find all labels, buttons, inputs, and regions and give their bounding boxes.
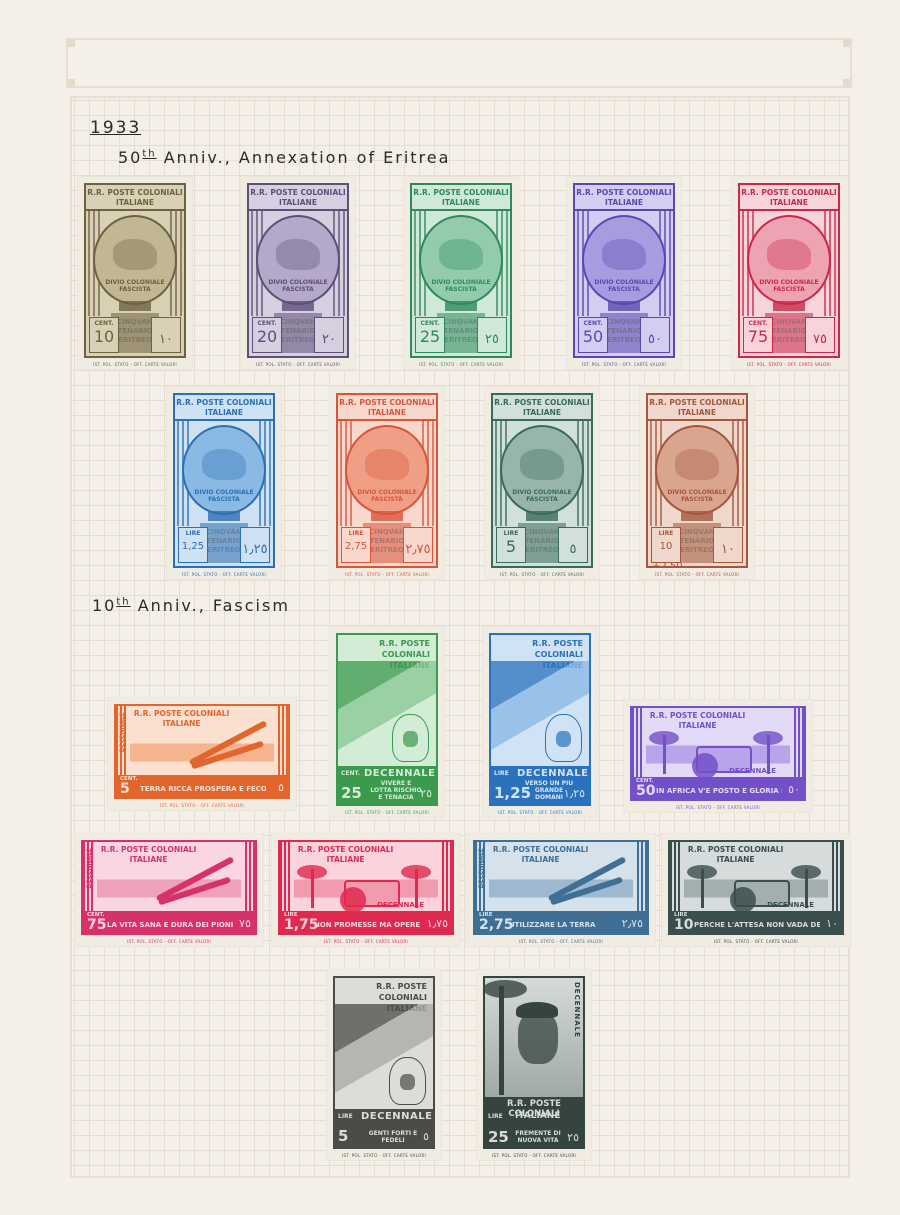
value-bar: LIREDECENNALE5GENTI FORTI E FEDELI٥ bbox=[335, 1109, 433, 1147]
printer-imprint: IST. POL. STATO - OFF. CARTE VALORI bbox=[662, 939, 850, 944]
printer-imprint: IST. POL. STATO - OFF. CARTE VALORI bbox=[330, 572, 444, 577]
printer-imprint: IST. POL. STATO - OFF. CARTE VALORI bbox=[241, 362, 355, 367]
decennale-label: DECENNALE bbox=[729, 767, 776, 775]
stamp-design: DECENNALE R.R. POSTE COLONIALIITALIANE C… bbox=[81, 840, 257, 935]
printer-imprint: IST. POL. STATO - OFF. CARTE VALORI bbox=[75, 939, 263, 944]
medallion-plough-icon: DIVIO COLONIALE FASCISTA bbox=[93, 215, 177, 305]
stamp-fascism-125-lire[interactable]: R.R. POSTE COLONIALIITALIANE LIREDECENNA… bbox=[483, 627, 597, 817]
stamp-header: R.R. POSTE COLONIALIITALIANE bbox=[648, 395, 746, 421]
arabic-denomination: ٢٥ bbox=[477, 317, 507, 353]
stamp-fascism-5-cent[interactable]: DECENNALE R.R. POSTE COLONIALIITALIANE C… bbox=[108, 698, 296, 810]
decennale-label: DECENNALE bbox=[86, 848, 93, 888]
stamp-design: R.R. POSTE COLONIALIITALIANE DIVIO COLON… bbox=[84, 183, 186, 358]
printer-imprint: IST. POL. STATO - OFF. CARTE VALORI bbox=[272, 939, 460, 944]
arabic-denomination: ٢٠ bbox=[314, 317, 344, 353]
year-heading: 1933 bbox=[90, 118, 141, 138]
medallion-lion-icon: DIVIO COLONIALE FASCISTA bbox=[655, 425, 739, 515]
palm-tree-icon bbox=[663, 735, 666, 775]
arabic-denomination: ٢٫٧٥ bbox=[403, 527, 433, 563]
decennale-label: DECENNALE bbox=[478, 848, 485, 888]
stamp-fascism-175-lire[interactable]: R.R. POSTE COLONIALIITALIANE DECENNALE L… bbox=[272, 834, 460, 946]
medallion-camel-icon: DIVIO COLONIALE FASCISTA bbox=[256, 215, 340, 305]
stamp-fascism-5-lire[interactable]: R.R. POSTE COLONIALIITALIANE LIREDECENNA… bbox=[327, 970, 441, 1160]
printer-imprint: IST. POL. STATO - OFF. CARTE VALORI bbox=[167, 572, 281, 577]
stamp-design: DECENNALE R.R. POSTE COLONIALIITALIANELI… bbox=[483, 976, 585, 1149]
printer-imprint: IST. POL. STATO - OFF. CARTE VALORI bbox=[483, 810, 597, 815]
arabic-denomination: ١٠ bbox=[151, 317, 181, 353]
pedestal bbox=[282, 301, 313, 311]
denomination: LIRE2,75 bbox=[341, 527, 371, 563]
denomination: LIRE1,25 bbox=[178, 527, 208, 563]
stamp-eritrea-275-lire[interactable]: R.R. POSTE COLONIALIITALIANE DIVIO COLON… bbox=[330, 387, 444, 579]
arabic-denomination: ٥ bbox=[558, 527, 588, 563]
stamp-header: R.R. POSTE COLONIALIITALIANE bbox=[646, 711, 749, 731]
stamp-header: R.R. POSTE COLONIALIITALIANE bbox=[97, 845, 200, 865]
value-bar: LIREDECENNALE1,25VERSO UN PIU GRANDE DOM… bbox=[491, 766, 589, 804]
stamp-design: R.R. POSTE COLONIALIITALIANE LIREDECENNA… bbox=[489, 633, 591, 806]
stamp-design: R.R. POSTE COLONIALIITALIANE DIVIO COLON… bbox=[247, 183, 349, 358]
soldier-scene: DECENNALE bbox=[485, 978, 583, 1097]
album-header-box bbox=[66, 38, 852, 88]
stamp-header: R.R. POSTE COLONIALIITALIANE bbox=[86, 185, 184, 211]
stamp-design: R.R. POSTE COLONIALIITALIANE DIVIO COLON… bbox=[491, 393, 593, 568]
decennale-label: DECENNALE bbox=[573, 982, 581, 1038]
stamp-fascism-275-lire[interactable]: DECENNALE R.R. POSTE COLONIALIITALIANE L… bbox=[467, 834, 655, 946]
printer-imprint: IST. POL. STATO - OFF. CARTE VALORI bbox=[732, 362, 846, 367]
stamp-header: R.R. POSTE COLONIALIITALIANE bbox=[575, 185, 673, 211]
palm-tree-icon bbox=[701, 869, 704, 909]
pedestal bbox=[119, 301, 150, 311]
medallion-lion-icon: DIVIO COLONIALE FASCISTA bbox=[419, 215, 503, 305]
stamp-design: DECENNALE R.R. POSTE COLONIALIITALIANE C… bbox=[114, 704, 290, 799]
stamp-header: R.R. POSTE COLONIALIITALIANE bbox=[740, 185, 838, 211]
stamp-eritrea-10250-lire[interactable]: R.R. POSTE COLONIALIITALIANE DIVIO COLON… bbox=[640, 387, 754, 579]
printer-imprint: IST. POL. STATO - OFF. CARTE VALORI bbox=[640, 572, 754, 577]
palm-tree-icon bbox=[499, 986, 504, 1095]
decennale-label: DECENNALE bbox=[767, 901, 814, 909]
section-title-eritrea: 50th Anniv., Annexation of Eritrea bbox=[118, 148, 450, 167]
denomination: LIRE5 bbox=[496, 527, 526, 563]
pedestal bbox=[371, 511, 402, 521]
value-bar: CENT.75LA VITA SANA E DURA DEI PIONIERI٧… bbox=[83, 911, 255, 933]
stamp-design: R.R. POSTE COLONIALIITALIANE DECENNALE L… bbox=[278, 840, 454, 935]
value-bar: LIRE10PERCHE L'ATTESA NON VADA DELUSA١٠ bbox=[670, 911, 842, 933]
printer-imprint: IST. POL. STATO - OFF. CARTE VALORI bbox=[477, 1153, 591, 1158]
printer-imprint: IST. POL. STATO - OFF. CARTE VALORI bbox=[108, 803, 296, 808]
stamp-eritrea-10-cent[interactable]: R.R. POSTE COLONIALIITALIANE DIVIO COLON… bbox=[78, 177, 192, 369]
stamp-design: R.R. POSTE COLONIALIITALIANE CENT.DECENN… bbox=[336, 633, 438, 806]
stamp-design: R.R. POSTE COLONIALIITALIANE DIVIO COLON… bbox=[738, 183, 840, 358]
stamp-header: R.R. POSTE COLONIALIITALIANE bbox=[294, 845, 397, 865]
pedestal bbox=[445, 301, 476, 311]
value-bar: CENT.DECENNALE25VIVERE E LOTTA RISCHIO E… bbox=[338, 766, 436, 804]
stamp-fascism-25-lire[interactable]: DECENNALE R.R. POSTE COLONIALIITALIANELI… bbox=[477, 970, 591, 1160]
stamp-design: R.R. POSTE COLONIALIITALIANE DIVIO COLON… bbox=[410, 183, 512, 358]
stamp-header: R.R. POSTE COLONIALIITALIANE bbox=[412, 185, 510, 211]
arabic-denomination: ٧٥ bbox=[805, 317, 835, 353]
value-bar: CENT.5TERRA RICCA PROSPERA E FECONDA٥ bbox=[116, 775, 288, 797]
stamp-design: R.R. POSTE COLONIALIITALIANE DECENNALE L… bbox=[668, 840, 844, 935]
stamp-header: R.R. POSTE COLONIALIITALIANE bbox=[249, 185, 347, 211]
section-title-fascism: 10th Anniv., Fascism bbox=[92, 596, 290, 615]
medallion-plough-icon: DIVIO COLONIALE FASCISTA bbox=[582, 215, 666, 305]
printer-imprint: IST. POL. STATO - OFF. CARTE VALORI bbox=[78, 362, 192, 367]
stamp-design: R.R. POSTE COLONIALIITALIANE DIVIO COLON… bbox=[646, 393, 748, 568]
stamp-eritrea-20-cent[interactable]: R.R. POSTE COLONIALIITALIANE DIVIO COLON… bbox=[241, 177, 355, 369]
decennale-label: DECENNALE bbox=[377, 901, 424, 909]
rider-icon bbox=[545, 714, 582, 762]
stamp-design: R.R. POSTE COLONIALIITALIANE DIVIO COLON… bbox=[336, 393, 438, 568]
stamp-header: R.R. POSTE COLONIALIITALIANE bbox=[684, 845, 787, 865]
medallion-lion-icon: DIVIO COLONIALE FASCISTA bbox=[182, 425, 266, 515]
stamp-header: R.R. POSTE COLONIALIITALIANE bbox=[493, 395, 591, 421]
denomination: CENT.75 bbox=[743, 317, 773, 353]
printer-imprint: IST. POL. STATO - OFF. CARTE VALORI bbox=[485, 572, 599, 577]
rider-icon bbox=[392, 714, 429, 762]
stamp-eritrea-5-lire[interactable]: R.R. POSTE COLONIALIITALIANE DIVIO COLON… bbox=[485, 387, 599, 579]
printer-imprint: IST. POL. STATO - OFF. CARTE VALORI bbox=[567, 362, 681, 367]
value-bar: LIRE1,75NON PROMESSE MA OPERE١٫٧٥ bbox=[280, 911, 452, 933]
stamp-design: R.R. POSTE COLONIALIITALIANE DIVIO COLON… bbox=[173, 393, 275, 568]
arabic-denomination: ١٫٢٥ bbox=[240, 527, 270, 563]
pedestal bbox=[773, 301, 804, 311]
stamp-header: R.R. POSTE COLONIALIITALIANE bbox=[130, 709, 233, 729]
stamp-scene bbox=[97, 866, 241, 911]
palm-tree-icon bbox=[311, 869, 314, 909]
denomination: CENT.20 bbox=[252, 317, 282, 353]
stamp-design: R.R. POSTE COLONIALIITALIANE DECENNALE C… bbox=[630, 706, 806, 801]
printer-imprint: IST. POL. STATO - OFF. CARTE VALORI bbox=[330, 810, 444, 815]
stamp-design: DECENNALE R.R. POSTE COLONIALIITALIANE L… bbox=[473, 840, 649, 935]
stamp-design: R.R. POSTE COLONIALIITALIANE LIREDECENNA… bbox=[333, 976, 435, 1149]
pedestal bbox=[608, 301, 639, 311]
medallion-plough-icon: DIVIO COLONIALE FASCISTA bbox=[345, 425, 429, 515]
denomination: CENT.10 bbox=[89, 317, 119, 353]
stamp-fascism-50-cent[interactable]: R.R. POSTE COLONIALIITALIANE DECENNALE C… bbox=[624, 700, 812, 812]
decennale-label: DECENNALE bbox=[119, 712, 126, 752]
stamp-fascism-10-lire[interactable]: R.R. POSTE COLONIALIITALIANE DECENNALE L… bbox=[662, 834, 850, 946]
stamp-design: R.R. POSTE COLONIALIITALIANE DIVIO COLON… bbox=[573, 183, 675, 358]
stamp-eritrea-25-cent[interactable]: R.R. POSTE COLONIALIITALIANE DIVIO COLON… bbox=[404, 177, 518, 369]
stamp-header: R.R. POSTE COLONIALIITALIANE bbox=[338, 395, 436, 421]
denomination: CENT.50 bbox=[578, 317, 608, 353]
stamp-eritrea-75-cent[interactable]: R.R. POSTE COLONIALIITALIANE DIVIO COLON… bbox=[732, 177, 846, 369]
denomination: CENT.25 bbox=[415, 317, 445, 353]
rider-icon bbox=[389, 1057, 426, 1105]
printer-imprint: IST. POL. STATO - OFF. CARTE VALORI bbox=[624, 805, 812, 810]
medallion-camel-icon: DIVIO COLONIALE FASCISTA bbox=[747, 215, 831, 305]
pedestal bbox=[526, 511, 557, 521]
value-bar: LIRE2,75UTILIZZARE LA TERRA٢٫٧٥ bbox=[475, 911, 647, 933]
stamp-scene bbox=[489, 866, 633, 911]
stamp-header: R.R. POSTE COLONIALIITALIANE bbox=[489, 845, 592, 865]
value-bar: CENT.50IN AFRICA V'E POSTO E GLORIA PER … bbox=[632, 777, 804, 799]
stamp-scene bbox=[130, 730, 274, 775]
stamp-fascism-75-cent[interactable]: DECENNALE R.R. POSTE COLONIALIITALIANE C… bbox=[75, 834, 263, 946]
stamp-header: R.R. POSTE COLONIALIITALIANE bbox=[175, 395, 273, 421]
stamp-eritrea-125-lire[interactable]: R.R. POSTE COLONIALIITALIANE DIVIO COLON… bbox=[167, 387, 281, 579]
printer-imprint: IST. POL. STATO - OFF. CARTE VALORI bbox=[327, 1153, 441, 1158]
soldier-portrait bbox=[518, 1011, 557, 1063]
arabic-denomination: ١٠ bbox=[713, 527, 743, 563]
denomination: LIRE10 +2,50 bbox=[651, 527, 681, 563]
stamp-eritrea-50-cent[interactable]: R.R. POSTE COLONIALIITALIANE DIVIO COLON… bbox=[567, 177, 681, 369]
pedestal bbox=[681, 511, 712, 521]
value-bar: R.R. POSTE COLONIALIITALIANELIRE25FREMEN… bbox=[485, 1097, 583, 1147]
printer-imprint: IST. POL. STATO - OFF. CARTE VALORI bbox=[404, 362, 518, 367]
arabic-denomination: ٥٠ bbox=[640, 317, 670, 353]
stamp-fascism-25-cent[interactable]: R.R. POSTE COLONIALIITALIANE CENT.DECENN… bbox=[330, 627, 444, 817]
medallion-camel-icon: DIVIO COLONIALE FASCISTA bbox=[500, 425, 584, 515]
printer-imprint: IST. POL. STATO - OFF. CARTE VALORI bbox=[467, 939, 655, 944]
pedestal bbox=[208, 511, 239, 521]
